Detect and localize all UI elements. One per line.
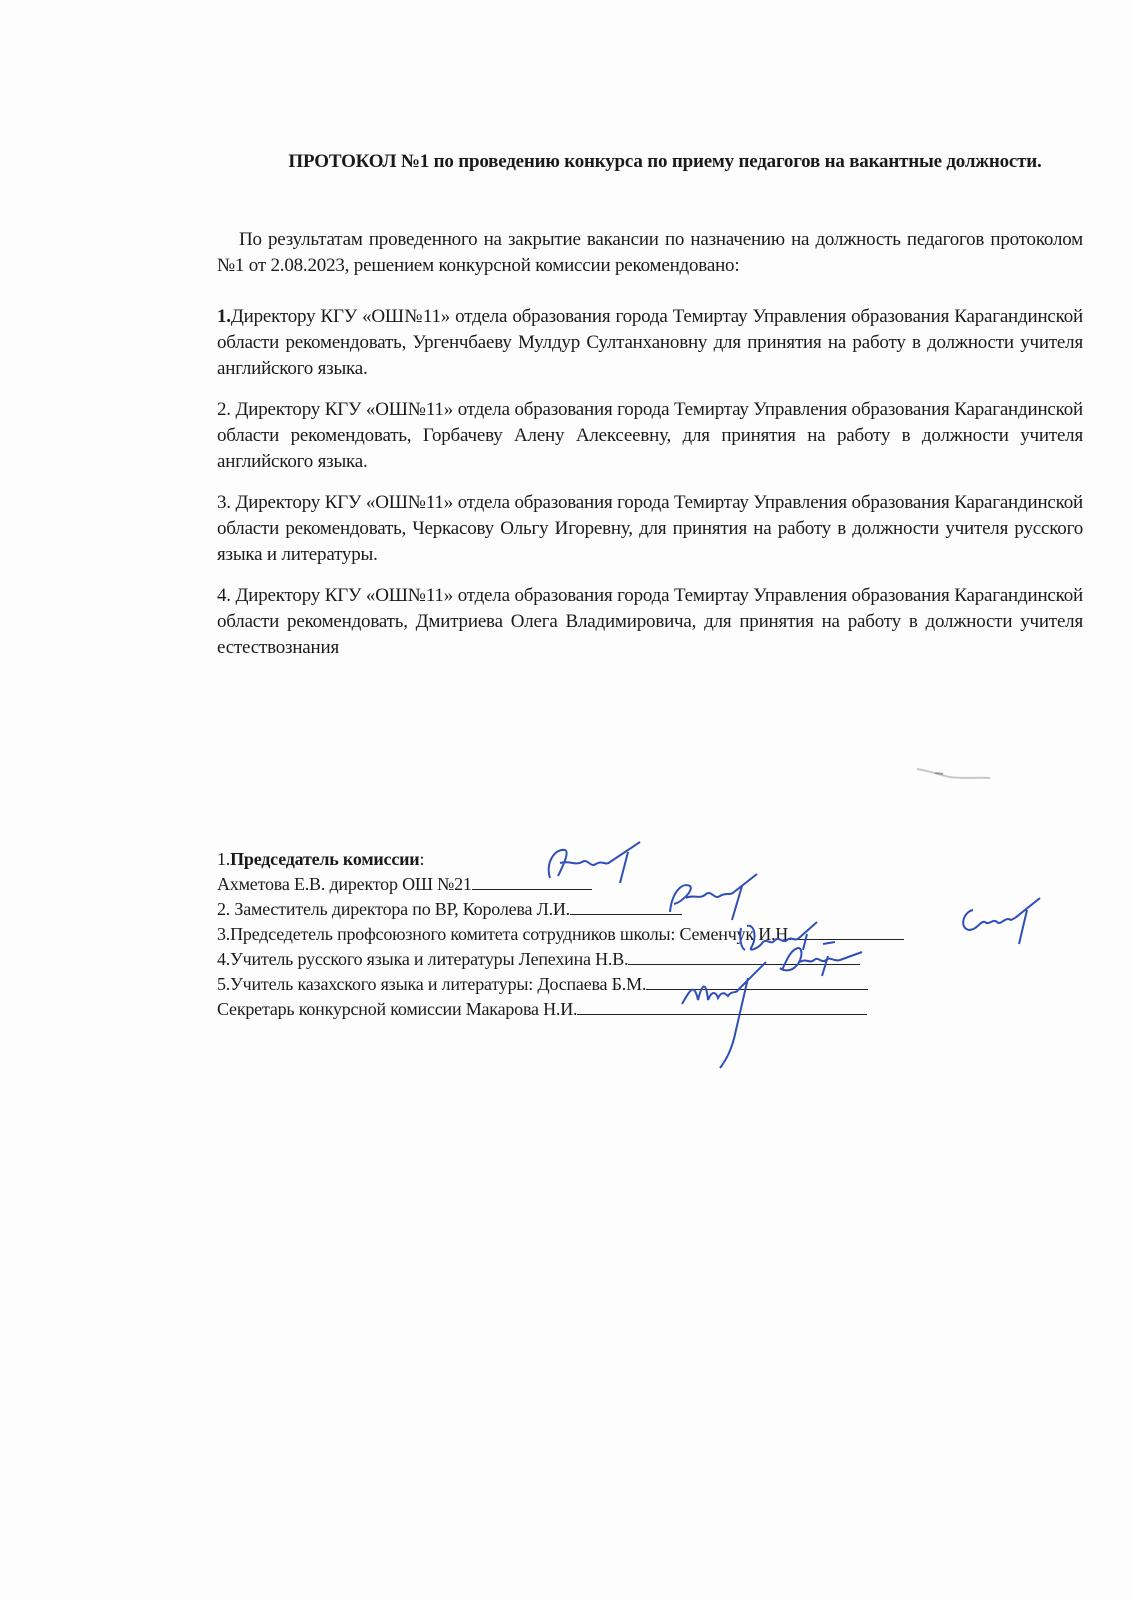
signature-blank <box>646 971 868 990</box>
recommendation-item-3: 3. Директору КГУ «ОШ№11» отдела образова… <box>217 490 1083 568</box>
signature-line-deputy: 2. Заместитель директора по ВР, Королева… <box>217 896 1097 921</box>
item-text: Директору КГУ «ОШ№11» отдела образования… <box>217 492 1083 565</box>
signature-block: 1.Председатель комиссии: Ахметова Е.В. д… <box>217 848 1097 1021</box>
item-number: 1. <box>217 306 231 327</box>
signature-blank <box>577 996 867 1015</box>
signature-line-russian-teacher: 4.Учитель русского языка и литературы Ле… <box>217 946 1097 971</box>
chair-label: Председатель комиссии <box>230 849 419 869</box>
document-title: ПРОТОКОЛ №1 по проведению конкурса по пр… <box>240 148 1090 175</box>
scan-smudge <box>915 765 995 785</box>
signature-blank <box>792 921 904 940</box>
intro-text: По результатам проведенного на закрытие … <box>217 227 1083 279</box>
item-number: 4. <box>217 585 231 606</box>
item-text: Директору КГУ «ОШ№11» отдела образования… <box>217 585 1083 658</box>
chair-heading: 1.Председатель комиссии: <box>217 848 1097 871</box>
recommendation-item-4: 4. Директору КГУ «ОШ№11» отдела образова… <box>217 583 1083 661</box>
signature-blank <box>628 946 860 965</box>
item-text: Директору КГУ «ОШ№11» отдела образования… <box>217 399 1083 472</box>
signature-line-secretary: Секретарь конкурсной комиссии Макарова Н… <box>217 996 1097 1021</box>
signature-line-kazakh-teacher: 5.Учитель казахского языка и литературы:… <box>217 971 1097 996</box>
item-number: 3. <box>217 492 231 513</box>
signature-line-chair: Ахметова Е.В. директор ОШ №21 <box>217 871 1097 896</box>
signature-line-union: 3.Председетель профсоюзного комитета сот… <box>217 921 1097 946</box>
recommendation-item-2: 2. Директору КГУ «ОШ№11» отдела образова… <box>217 397 1083 475</box>
intro-paragraph: По результатам проведенного на закрытие … <box>217 227 1083 279</box>
item-number: 2. <box>217 399 231 420</box>
document-page: ПРОТОКОЛ №1 по проведению конкурса по пр… <box>0 0 1131 1600</box>
signature-blank <box>570 896 682 915</box>
item-text: Директору КГУ «ОШ№11» отдела образования… <box>217 306 1083 379</box>
recommendation-item-1: 1.Директору КГУ «ОШ№11» отдела образован… <box>217 304 1083 382</box>
signature-blank <box>472 871 592 890</box>
